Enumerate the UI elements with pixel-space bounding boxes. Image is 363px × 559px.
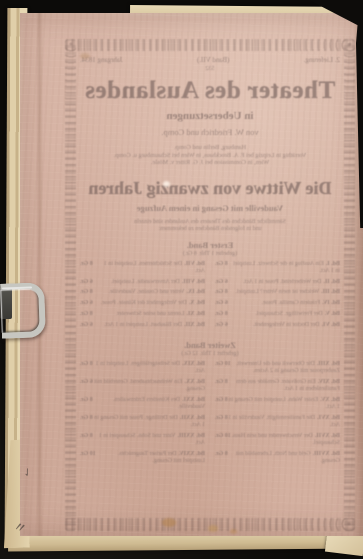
photo-scan: { "scene": { "background_color": "#0c0b0… xyxy=(0,0,363,559)
catalog-entry: 8 Gr.Bd. I.Ein Ausflug in die Schweiz. L… xyxy=(215,261,340,276)
paper-clip xyxy=(0,282,46,339)
catalog-entry: 8 Gr.Bd. XIV.Ein Großvater. Gemälde aus … xyxy=(215,379,340,394)
issue-header-center: (Band VII.) xyxy=(197,56,230,64)
catalog-entry: 6 Gr.Bd. II.Der Weiberfeind. Posse in 1 … xyxy=(215,279,340,286)
section1-sub: (geheftet 1 Thlr. 8 Gr.) xyxy=(80,251,340,257)
catalog-entry: 8 Gr.Bd. XVI.Die Familienmitgift. Vaudev… xyxy=(215,415,340,430)
stain xyxy=(208,525,218,532)
catalog-entry: 8 Gr.Bd. VII.Die Schüchternen. Lustspiel… xyxy=(80,261,205,276)
stain xyxy=(230,529,237,534)
publisher-line-1: Hamburg, Berlin und Comp. xyxy=(80,144,340,152)
catalog-entry: 6 Gr.Bd. X.Die Verlegenheit der Künste. … xyxy=(80,300,205,307)
stain xyxy=(162,518,176,527)
print-content: 2. Lieferung. (Band VII.) Jahrgang 1834.… xyxy=(80,52,340,469)
publisher-line-3: Wien, in Commission bei J. G. Ritter v. … xyxy=(80,159,340,167)
catalog-entry: 8 Gr.Bd. XXII.Die Drillinge. Posse mit G… xyxy=(80,415,205,430)
pen-check-mark: ✓ xyxy=(20,465,35,481)
catalog-entry: 8 Gr.Bd. XIX.Die Selbstgefälligen. Lusts… xyxy=(80,361,205,376)
catalog-entry: 6 Gr.Bd. VIII.Der Anverwandte. Lustspiel… xyxy=(80,279,205,286)
catalog-entry: 8 Gr.Bd. IX.Vetter und Cousine. Vaudevil… xyxy=(80,289,205,296)
catalog-entry: 6 Gr.Bd. VI.Der Doctor in Verlegenheit. xyxy=(215,322,340,329)
catalog-entry: 8 Gr.Bd. XVIII.Geld und Noth. Lebensbild… xyxy=(215,451,340,466)
catalog-entry: 10 Gr.Bd. XXIV.Der Pariser Taugenichts. … xyxy=(80,451,205,466)
issue-header: 2. Lieferung. (Band VII.) Jahrgang 1834. xyxy=(80,56,340,64)
book-page: 2. Lieferung. (Band VII.) Jahrgang 1834.… xyxy=(20,13,363,536)
catalog-entry: 6 Gr.Bd. XII.Der Blaubart. Lustspiel in … xyxy=(80,322,205,329)
catalog-entry: 10 Gr.Bd. XIII.Die Oberwelt und die Unte… xyxy=(215,361,340,376)
catalog-entry: 6 Gr.Bd. XX.Ein Weihnachtsabend. Genrebi… xyxy=(80,379,205,394)
showthrough-print: 2. Lieferung. (Band VII.) Jahrgang 1834.… xyxy=(65,39,355,531)
catalog-entry: 8 Gr.Bd. V.Der Freiwillige. Schauspiel. xyxy=(215,311,340,318)
section2-left-column: 10 Gr.Bd. XIII.Die Oberwelt und die Unte… xyxy=(215,361,340,470)
ornament-border-right xyxy=(65,39,76,531)
stain xyxy=(80,53,90,59)
section2-right-column: 8 Gr.Bd. XIX.Die Selbstgefälligen. Lusts… xyxy=(80,361,205,470)
catalog-entry: 8 Gr.Bd. III.Welcher ist mein Vetter? Lu… xyxy=(215,289,340,296)
section1-columns: 8 Gr.Bd. I.Ein Ausflug in die Schweiz. L… xyxy=(80,261,340,333)
play-title: Die Wittwe von zwanzig Jahren xyxy=(80,178,340,199)
paper-fleck xyxy=(163,181,170,187)
catalog-note-2: und in folgenden Bändchen zu bekommen: xyxy=(80,226,340,233)
issue-header-left: 2. Lieferung. xyxy=(304,56,340,64)
issue-number: 532 xyxy=(80,66,340,72)
catalog-note-1: Sämmtliche Bändchen des Theaters des Aus… xyxy=(80,219,340,226)
section1-right-column: 8 Gr.Bd. VII.Die Schüchternen. Lustspiel… xyxy=(80,261,205,333)
section1-left-column: 8 Gr.Bd. I.Ein Ausflug in die Schweiz. L… xyxy=(215,261,340,333)
section2-heading: Zweiter Band. xyxy=(80,340,340,350)
catalog-entry: 10 Gr.Bd. XVII.Der Verschwender und sein… xyxy=(215,433,340,448)
section2-sub: (geheftet 1 Thlr. 12 Gr.) xyxy=(80,351,340,357)
series-title: Theater des Auslandes xyxy=(80,77,340,105)
series-byline: von W. Friedrich und Comp. xyxy=(80,127,340,137)
ornament-border-top xyxy=(65,39,355,51)
ornament-border-left xyxy=(344,39,355,531)
play-subtitle: Vaudeville mit Gesang in einem Aufzuge xyxy=(80,203,340,213)
catalog-entry: 8 Gr.Bd. XV.Erster Wahn. Lustspiel mit G… xyxy=(215,397,340,412)
catalog-entry: 6 Gr.Bd. IV.Fräulein Camilla. Posse. xyxy=(215,300,340,307)
publisher-line-2: Vorräthig in Leipzig bei F. A. Brockhaus… xyxy=(80,152,340,160)
catalog-entry: 8 Gr.Bd. XXIII.Vater und Sohn. Schauspie… xyxy=(80,433,205,448)
page-crease xyxy=(36,13,43,536)
series-subtitle: in Uebersetzungen xyxy=(80,110,340,122)
catalog-entry: 8 Gr.Bd. XXI.Des Künstlers Erdenwallen. … xyxy=(80,397,205,412)
section2-columns: 10 Gr.Bd. XIII.Die Oberwelt und die Unte… xyxy=(80,361,340,470)
catalog-entry: 8 Gr.Bd. XI.Lorenz und seine Schwester. xyxy=(80,311,205,318)
section1-heading: Erster Band. xyxy=(80,240,340,250)
